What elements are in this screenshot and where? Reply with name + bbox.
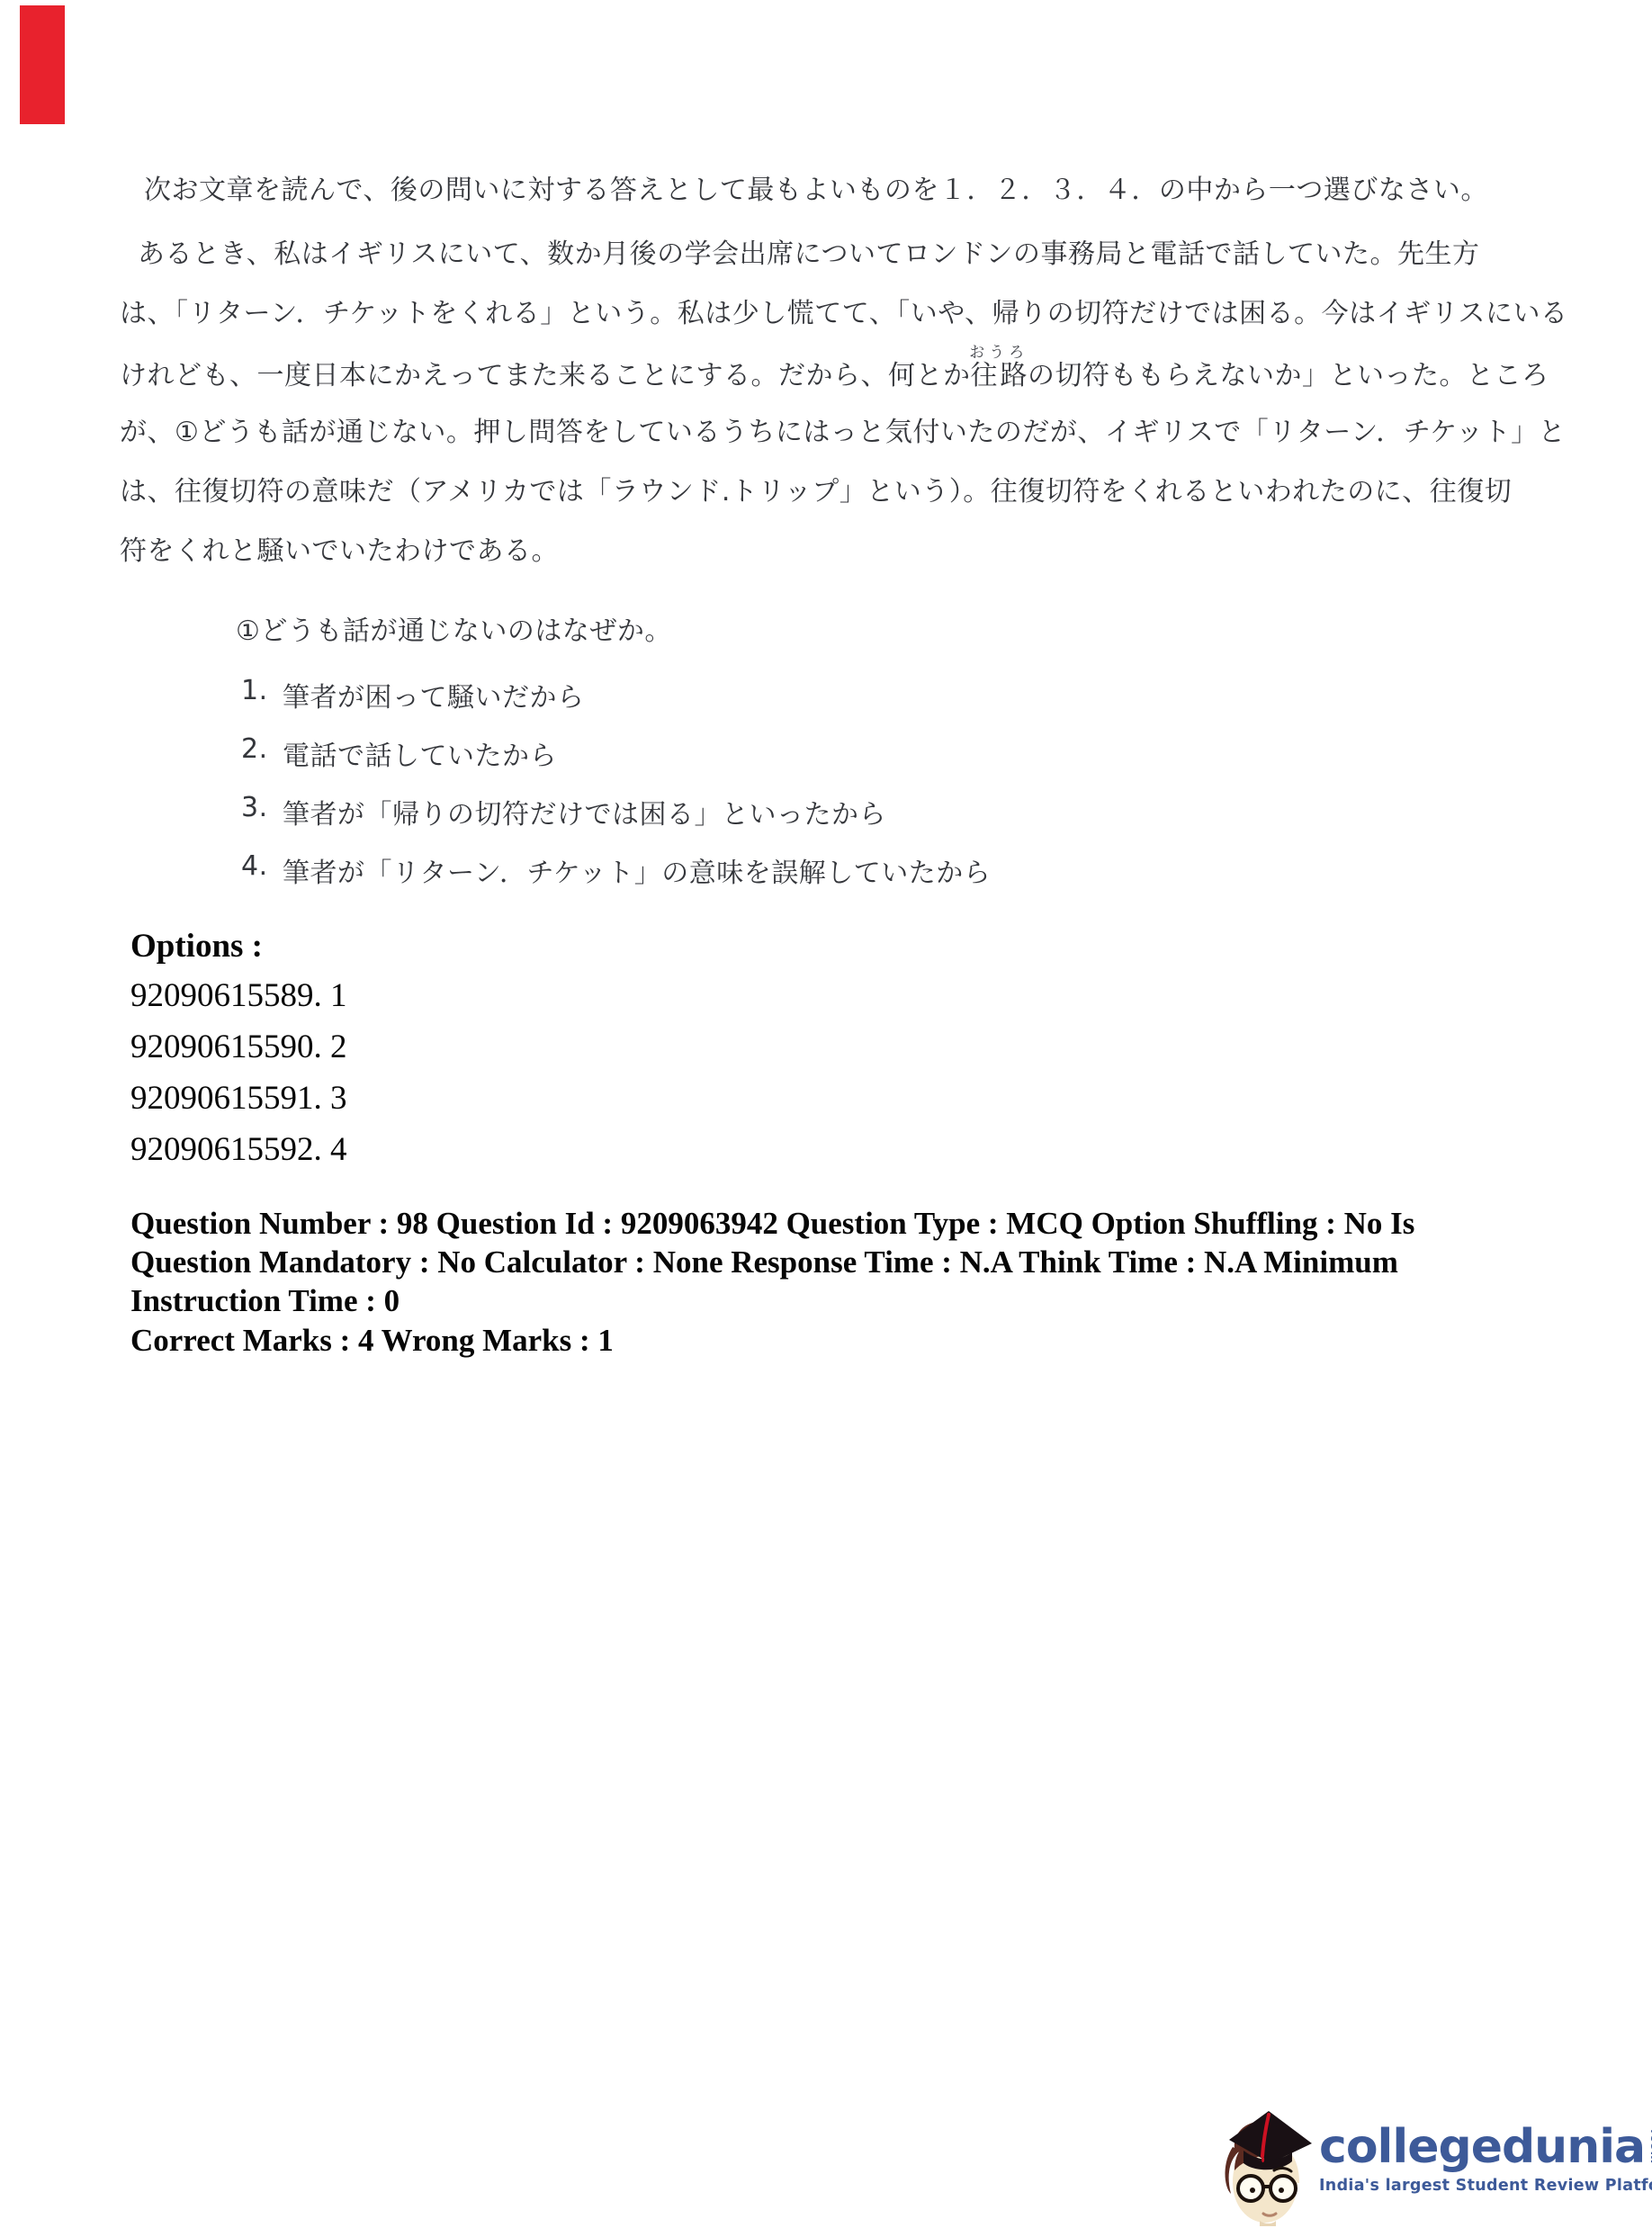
passage-line: けれども、一度日本にかえってまた来ることにする。だから、何とか往路おうろの切符も… xyxy=(120,344,1523,403)
brand-text: collegedunia xyxy=(1319,2124,1645,2170)
instruction-line: 次お文章を読んで、後の問いに対する答えとして最もよいものを１．２．３．４．の中か… xyxy=(144,167,1488,207)
choice-item: 3. 筆者が「帰りの切符だけでは困る」といったから xyxy=(241,792,991,850)
passage-line: 符をくれと騒いでいたわけである。 xyxy=(120,522,1523,581)
choice-item: 1. 筆者が困って騒いだから xyxy=(241,675,991,733)
brand-com-suffix: .com xyxy=(1648,2129,1652,2164)
choice-text: 筆者が困って騒いだから xyxy=(283,675,585,714)
mascot-icon xyxy=(1220,2100,1314,2226)
passage-line: は、「リターン．チケットをくれる」という。私は少し慌てて、「いや、帰りの切符だけ… xyxy=(120,284,1523,344)
choice-item: 2. 電話で話していたから xyxy=(241,733,991,792)
choice-item: 4. 筆者が「リターン．チケット」の意味を誤解していたから xyxy=(241,850,991,909)
metadata-block: Question Number : 98 Question Id : 92090… xyxy=(130,1204,1444,1320)
option-id-row: 92090615590. 2 xyxy=(130,1021,347,1073)
passage-text: の切符ももらえないか」といった。ところ xyxy=(1028,360,1549,391)
choice-number: 2. xyxy=(241,733,283,765)
furigana-base: 往路 xyxy=(969,360,1028,391)
choice-number: 4. xyxy=(241,850,283,882)
passage-line: は、往復切符の意味だ（アメリカでは「ラウンド.トリップ」という）。往復切符をくれ… xyxy=(120,463,1523,522)
option-id-list: 92090615589. 1 92090615590. 2 9209061559… xyxy=(130,970,347,1175)
option-id-row: 92090615589. 1 xyxy=(130,970,347,1021)
choice-text: 筆者が「リターン．チケット」の意味を誤解していたから xyxy=(283,850,991,890)
metadata-line: Question Number : 98 Question Id : 92090… xyxy=(130,1204,1444,1243)
option-id-row: 92090615591. 3 xyxy=(130,1073,347,1124)
exam-page: 次お文章を読んで、後の問いに対する答えとして最もよいものを１．２．３．４．の中か… xyxy=(0,0,1652,2228)
options-heading: Options : xyxy=(130,927,263,966)
furigana-ruby: 往路おうろ xyxy=(971,360,1028,391)
passage-line: あるとき、私はイギリスにいて、数か月後の学会出席についてロンドンの事務局と電話で… xyxy=(120,225,1523,284)
choice-number: 1. xyxy=(241,675,283,706)
collegedunia-logo: collegedunia .com India's largest Studen… xyxy=(1220,2100,1645,2226)
furigana-text: おうろ xyxy=(969,344,1028,362)
choice-list: 1. 筆者が困って騒いだから 2. 電話で話していたから 3. 筆者が「帰りの切… xyxy=(241,675,991,909)
option-id-row: 92090615592. 4 xyxy=(130,1124,347,1175)
metadata-line: Instruction Time : 0 xyxy=(130,1281,1444,1320)
question-line: ①どうも話が通じないのはなぜか。 xyxy=(236,608,672,648)
passage-text: けれども、一度日本にかえってまた来ることにする。だから、何とか xyxy=(120,360,971,391)
metadata-line: Question Mandatory : No Calculator : Non… xyxy=(130,1243,1444,1281)
passage-line: が、①どうも話が通じない。押し問答をしているうちにはっと気付いたのだが、イギリス… xyxy=(120,403,1523,463)
brand-tagline: India's largest Student Review Platform xyxy=(1319,2177,1652,2195)
choice-number: 3. xyxy=(241,792,283,823)
logo-text: collegedunia .com India's largest Studen… xyxy=(1319,2124,1652,2195)
red-flag-mark xyxy=(20,5,65,124)
choice-text: 筆者が「帰りの切符だけでは困る」といったから xyxy=(283,792,886,831)
passage: あるとき、私はイギリスにいて、数か月後の学会出席についてロンドンの事務局と電話で… xyxy=(120,225,1523,581)
marks-line: Correct Marks : 4 Wrong Marks : 1 xyxy=(130,1323,614,1359)
choice-text: 電話で話していたから xyxy=(283,733,557,773)
